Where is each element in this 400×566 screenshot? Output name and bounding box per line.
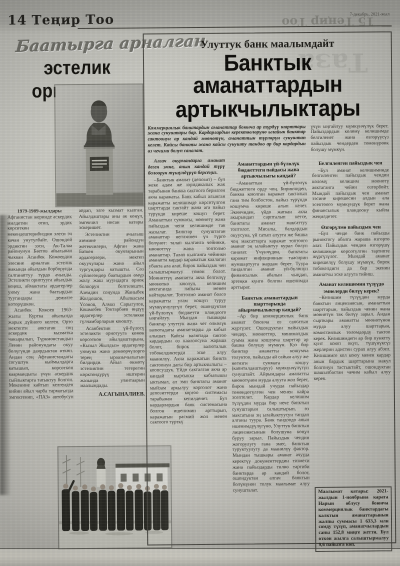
lead-paragraph: Коммерциялык банктардын аманаттар боюнча…: [148, 125, 306, 156]
newspaper-page: 14 Теңир Тоо 7-декабрь, 2021-жыл 15 Теңи…: [0, 0, 400, 566]
left-article: Баатырга арналган эстелик орнотулду: [0, 0, 397, 2]
right-article-headline-line2: артыкчылыктары: [157, 97, 379, 121]
paragraph: –Аманаттын үй-бүлөлүк бюджеттеги орду чо…: [230, 181, 308, 292]
section-heading: Аманат келишимин түзүүдө эмнелерди билүү…: [315, 282, 388, 295]
paragraph: 1979-1989-жылдары Афганистан жеринде аск…: [7, 209, 72, 308]
masthead: Теңир Тоо: [32, 13, 114, 29]
section-heading: Банктык аманаттардын шарттарында айырмач…: [233, 295, 306, 314]
paragraph: Асанбектин үй-бүлөсү эстеликти орнотууга…: [80, 326, 145, 390]
paragraph: –Келишим түзүүдөн мурда банктын лицензия…: [313, 295, 391, 382]
page-number: 14: [8, 14, 27, 29]
info-box-title: Маалымат катары:: [318, 490, 368, 495]
right-article-headline-line1: Банктык аманаттардын: [157, 51, 379, 97]
paragraph: –Бул ченде банк пайызды рыноктогу абалга…: [312, 232, 389, 279]
statistics-info-box: Маалымат катары: 2021-жылдын 1-ноябрына …: [315, 486, 393, 551]
page-header: 14 Теңир Тоо: [8, 13, 115, 29]
section-heading: Аманаттардын үй-бүлөлүк бюджеттеги пайда…: [232, 161, 305, 180]
paragraph: –Бул аманат келишиминде белгиленген пайы…: [312, 168, 389, 221]
interview-question: Алгач окурмандарга аманат деген эмне, ан…: [148, 159, 225, 177]
article-column-2: Аманаттардын үй-бүлөлүк бюджеттеги пайда…: [230, 158, 310, 553]
article-column-3: Белгиленген пайыздык чен –Бул аманат кел…: [312, 157, 392, 552]
paragraph-lead-in: 1979-1989-жылдары: [17, 209, 61, 214]
left-article-script-kicker: Баатырга арналган: [15, 33, 146, 56]
paragraph: Эстеликтин ачылыш аземине райондун жетек…: [79, 233, 144, 326]
right-article: Улуттук банк маалымдайт Банктык аманатта…: [143, 31, 396, 545]
paragraph: –Ар бир коммерциялык банк аманат боюнча …: [231, 314, 310, 494]
paragraph: –Банктык аманат (депозит) – бул жеке ада…: [148, 177, 227, 426]
bleedthrough-masthead: 15 Теңир Тоо: [282, 14, 375, 29]
right-article-columns: Алгач окурмандарга аманат деген эмне, ан…: [148, 157, 392, 553]
section-heading: Өзгөрүлмө пайыздык чен: [314, 224, 387, 231]
byline: А.САГЫНАЛИЕВ.: [80, 392, 145, 399]
section-heading: Белгиленген пайыздык чен: [314, 160, 387, 167]
left-article-body: 1979-1989-жылдары Афганистан жеринде аск…: [7, 208, 145, 445]
column3-top-text: үчүн ыңгайлуу мүмкүнчүлүк берет. Пайызда…: [311, 124, 389, 154]
article-column-1: Алгач окурмандарга аманат деген эмне, ан…: [148, 159, 228, 554]
bust-monument-photo: [55, 84, 143, 206]
info-box-body: 2021-жылдын 1-ноябрына карата Нарын облу…: [318, 490, 388, 548]
